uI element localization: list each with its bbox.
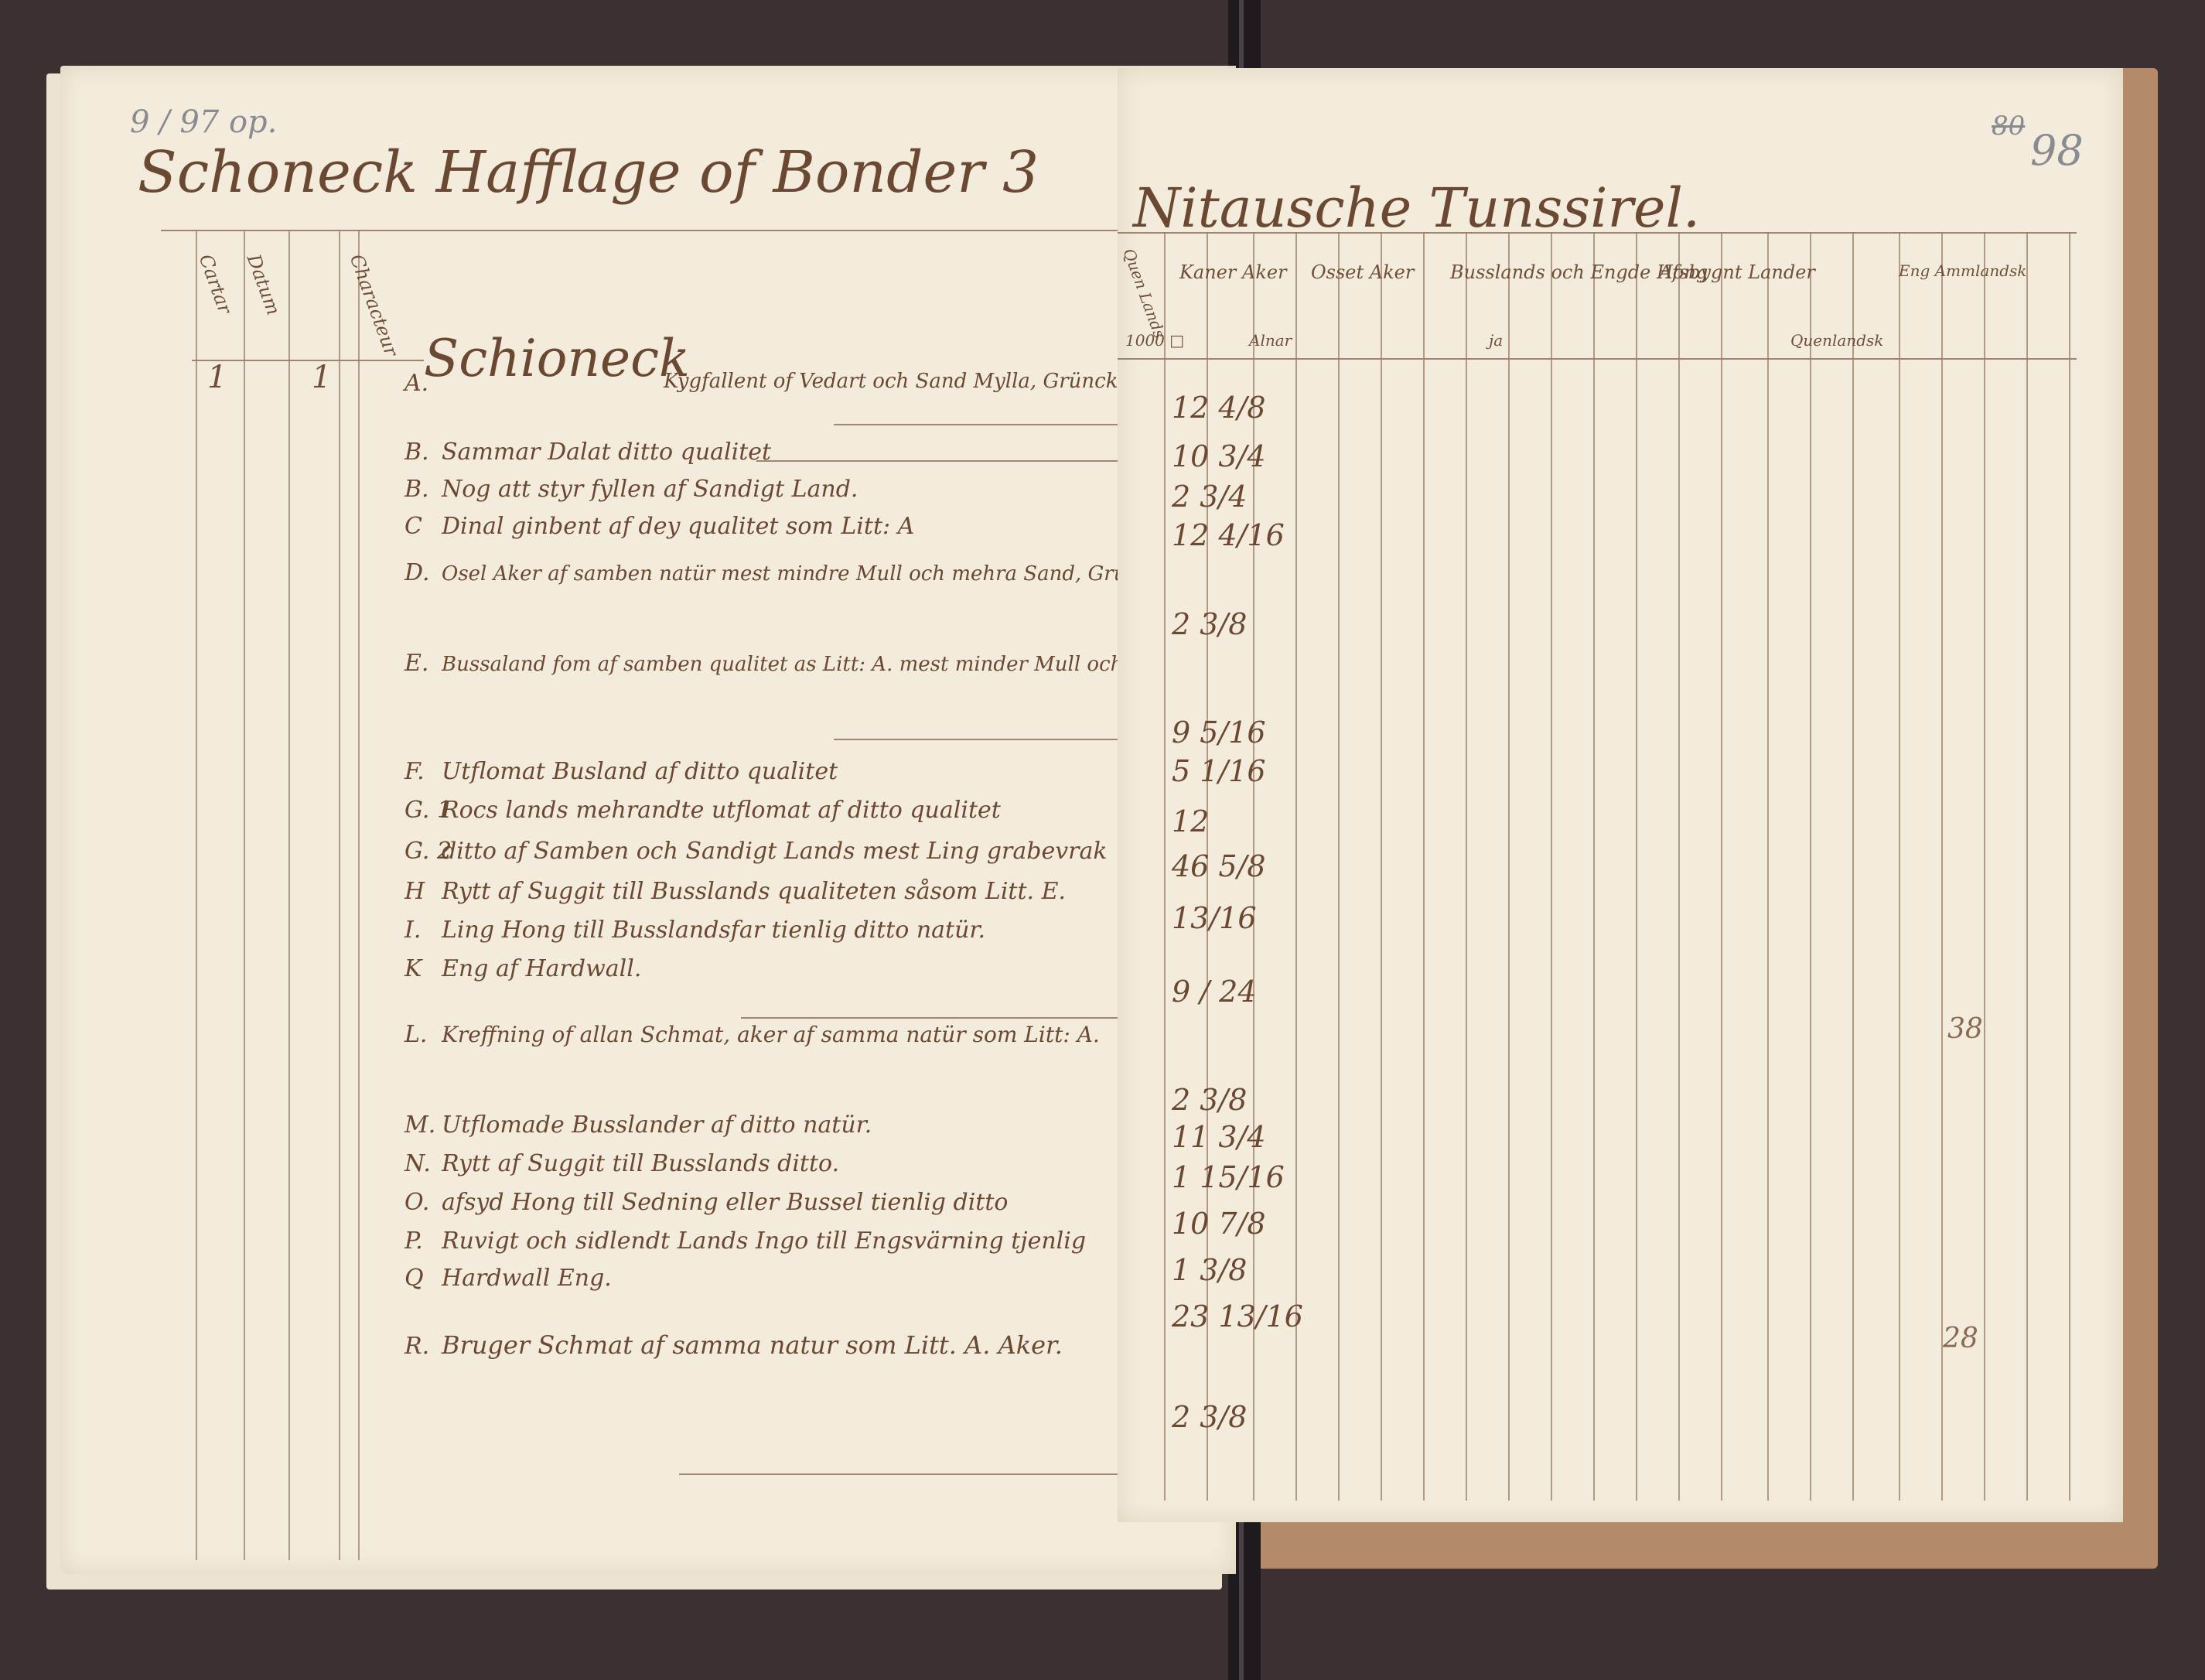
column-rule [358,230,360,1560]
column-rule [2026,232,2028,1501]
pencil-folio-left: 9 / 97 op. [130,104,277,140]
quantity-value: 23 13/16 [1172,1299,1303,1333]
column-header-cartar: Cartar [195,251,237,316]
column-rule [339,230,340,1560]
row-number-cartar: 1 [207,360,227,395]
ledger-entry: HRytt af Suggit till Busslands qualitete… [404,878,1066,905]
column-header: Afsbygnt Lander [1659,261,1815,283]
quantity-value: 9 5/16 [1172,715,1266,750]
sub-header: Alnar [1249,331,1292,350]
header-rule [161,230,1220,231]
column-rule [1423,232,1425,1501]
column-rule [1593,232,1595,1501]
ledger-entry: QHardwall Eng. [404,1265,612,1292]
column-header: Osset Aker [1311,261,1414,283]
quantity-value: 12 4/8 [1172,391,1266,425]
column-rule [1899,232,1900,1501]
left-page: 9 / 97 op. Schoneck Hafflage of Bonder 3… [60,66,1236,1574]
column-rule [1381,232,1382,1501]
column-header: Quen Lands [1119,246,1169,340]
ledger-entry: KEng af Hardwall. [404,955,641,982]
quantity-value: 12 [1172,804,1209,838]
quantity-value: 12 4/16 [1172,518,1285,552]
ledger-entry: G. 2ditto af Samben och Sandigt Lands me… [404,838,1108,865]
ledger-entry: CDinal ginbent af dey qualitet som Litt:… [404,513,914,540]
column-rule [1984,232,1985,1501]
header-rule [1118,232,2077,234]
column-rule [1941,232,1943,1501]
column-rule [288,230,290,1560]
ledger-entry: M.Utflomade Busslander af ditto natür. [404,1111,872,1139]
header-bottom-rule [1118,358,2077,360]
right-page-title: Nitausche Tunssirel. [1133,176,1700,240]
ledger-entry: F.Utflomat Busland af ditto qualitet [404,758,838,785]
sub-header: 1000 □ [1125,331,1184,350]
column-rule [1636,232,1637,1501]
column-rule [1466,232,1467,1501]
ledger-entry: R.Bruger Schmat af samma natur som Litt.… [404,1330,1063,1360]
column-header: Eng Ammlandsk [1899,261,2026,280]
eng-value: 38 [1947,1013,1983,1045]
quantity-value: 1 15/16 [1172,1160,1285,1194]
fill-line [834,424,1151,425]
column-rule [1338,232,1340,1501]
quantity-value: 10 3/4 [1172,439,1266,473]
column-rule [1721,232,1722,1501]
quantity-value: 2 3/8 [1172,607,1247,641]
quantity-value: 5 1/16 [1172,754,1266,788]
quantity-value: 1 3/8 [1172,1253,1247,1287]
left-page-title: Schoneck Hafflage of Bonder 3 [138,139,1039,206]
column-rule [1508,232,1510,1501]
column-rule [196,230,197,1560]
fill-line [741,1017,1143,1019]
column-rule [244,230,245,1560]
sub-header: ja [1489,331,1503,350]
ledger-entry: P.Ruvigt och sidlendt Lands Ingo till En… [404,1228,1086,1255]
column-header-datum: Datum [243,251,285,318]
column-rule [2069,232,2070,1501]
sub-header: Quenlandsk [1790,331,1883,350]
ledger-entry: B.Nog att styr fyllen af Sandigt Land. [404,476,858,503]
quantity-value: 2 3/8 [1172,1083,1247,1117]
ledger-entry: G. 1Rocs lands mehrandte utflomat af dit… [404,797,1001,824]
quantity-value: 11 3/4 [1172,1120,1266,1154]
eng-value: 28 [1943,1323,1978,1354]
pencil-folio-struck: 80 [1992,111,2025,142]
quantity-value: 13/16 [1172,901,1257,935]
fill-line [834,739,1143,740]
fill-line [756,460,1143,462]
column-header: Kaner Aker [1179,261,1287,283]
column-rule [1551,232,1552,1501]
ledger-entry: L.Kreffning of allan Schmat, aker af sam… [404,1021,1100,1048]
column-rule [1767,232,1769,1501]
column-rule [1678,232,1680,1501]
quantity-value: 2 3/8 [1172,1400,1247,1434]
quantity-value: 10 7/8 [1172,1207,1266,1241]
quantity-value: 46 5/8 [1172,849,1266,883]
column-rule [1810,232,1811,1501]
quantity-value: 2 3/4 [1172,480,1247,514]
column-rule [1852,232,1854,1501]
fill-line [679,1473,1143,1475]
pencil-folio-right: 98 [2030,126,2084,175]
column-rule [1164,232,1166,1501]
heading-word: Schioneck [424,329,690,388]
ledger-entry: I.Ling Hong till Busslandsfar tienlig di… [404,917,985,944]
column-header-characteur: Characteur [346,251,403,359]
ledger-entry: N.Rytt af Suggit till Busslands ditto. [404,1150,839,1177]
ledger-entry: O.afsyd Hong till Sedning eller Bussel t… [404,1189,1008,1216]
ledger-entry: B.Sammar Dalat ditto qualitet [404,439,771,466]
quantity-value: 9 / 24 [1172,975,1257,1009]
row-number-datum: 1 [312,360,331,395]
entry-letter: A. [404,370,428,397]
